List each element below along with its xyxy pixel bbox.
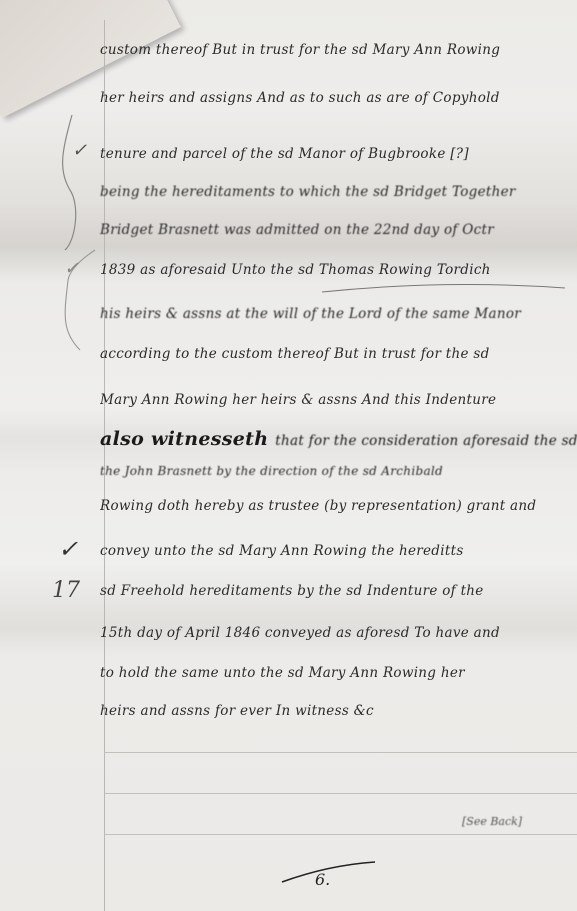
margin-tick-icon: ✓	[58, 535, 78, 563]
text-line-11: the John Brasnett by the direction of th…	[100, 464, 577, 478]
text-line-7: his heirs & assns at the will of the Lor…	[100, 306, 577, 322]
text-line-3: tenure and parcel of the sd Manor of Bug…	[100, 146, 577, 162]
ruled-line	[104, 793, 577, 794]
document-page: custom thereof But in trust for the sd M…	[0, 0, 577, 911]
ruled-line	[104, 834, 577, 835]
text-line-16: to hold the same unto the sd Mary Ann Ro…	[100, 665, 577, 681]
page-number: 6.	[315, 870, 330, 889]
see-back-annotation: [See Back]	[462, 815, 522, 828]
text-line-4: being the hereditaments to which the sd …	[100, 184, 577, 200]
text-line-5: Bridget Brasnett was admitted on the 22n…	[100, 222, 577, 238]
text-line-6: 1839 as aforesaid Unto the sd Thomas Row…	[100, 262, 577, 278]
text-line-13: convey unto the sd Mary Ann Rowing the h…	[100, 543, 577, 559]
margin-tick-icon: ✓	[72, 140, 87, 161]
text-line-15: 15th day of April 1846 conveyed as afore…	[100, 625, 577, 641]
text-line-14: sd Freehold hereditaments by the sd Inde…	[100, 583, 577, 599]
text-line-17: heirs and assns for ever In witness &c	[100, 703, 577, 719]
text-line-2: her heirs and assigns And as to such as …	[100, 90, 577, 106]
margin-tick-icon: ✓	[64, 258, 79, 279]
text-line-10: also witnesseth that for the considerati…	[100, 428, 577, 450]
text-line-9: Mary Ann Rowing her heirs & assns And th…	[100, 392, 577, 408]
text-line-12: Rowing doth hereby as trustee (by repres…	[100, 498, 577, 514]
folio-number: 17	[52, 578, 80, 603]
text-line-1: custom thereof But in trust for the sd M…	[100, 42, 577, 58]
text-line-8: according to the custom thereof But in t…	[100, 346, 577, 362]
ruled-line	[104, 752, 577, 753]
underline-stroke-icon	[320, 278, 570, 298]
text-line-10-rest: that for the consideration aforesaid the…	[275, 433, 577, 449]
emphasis-phrase: also witnesseth	[100, 428, 268, 450]
